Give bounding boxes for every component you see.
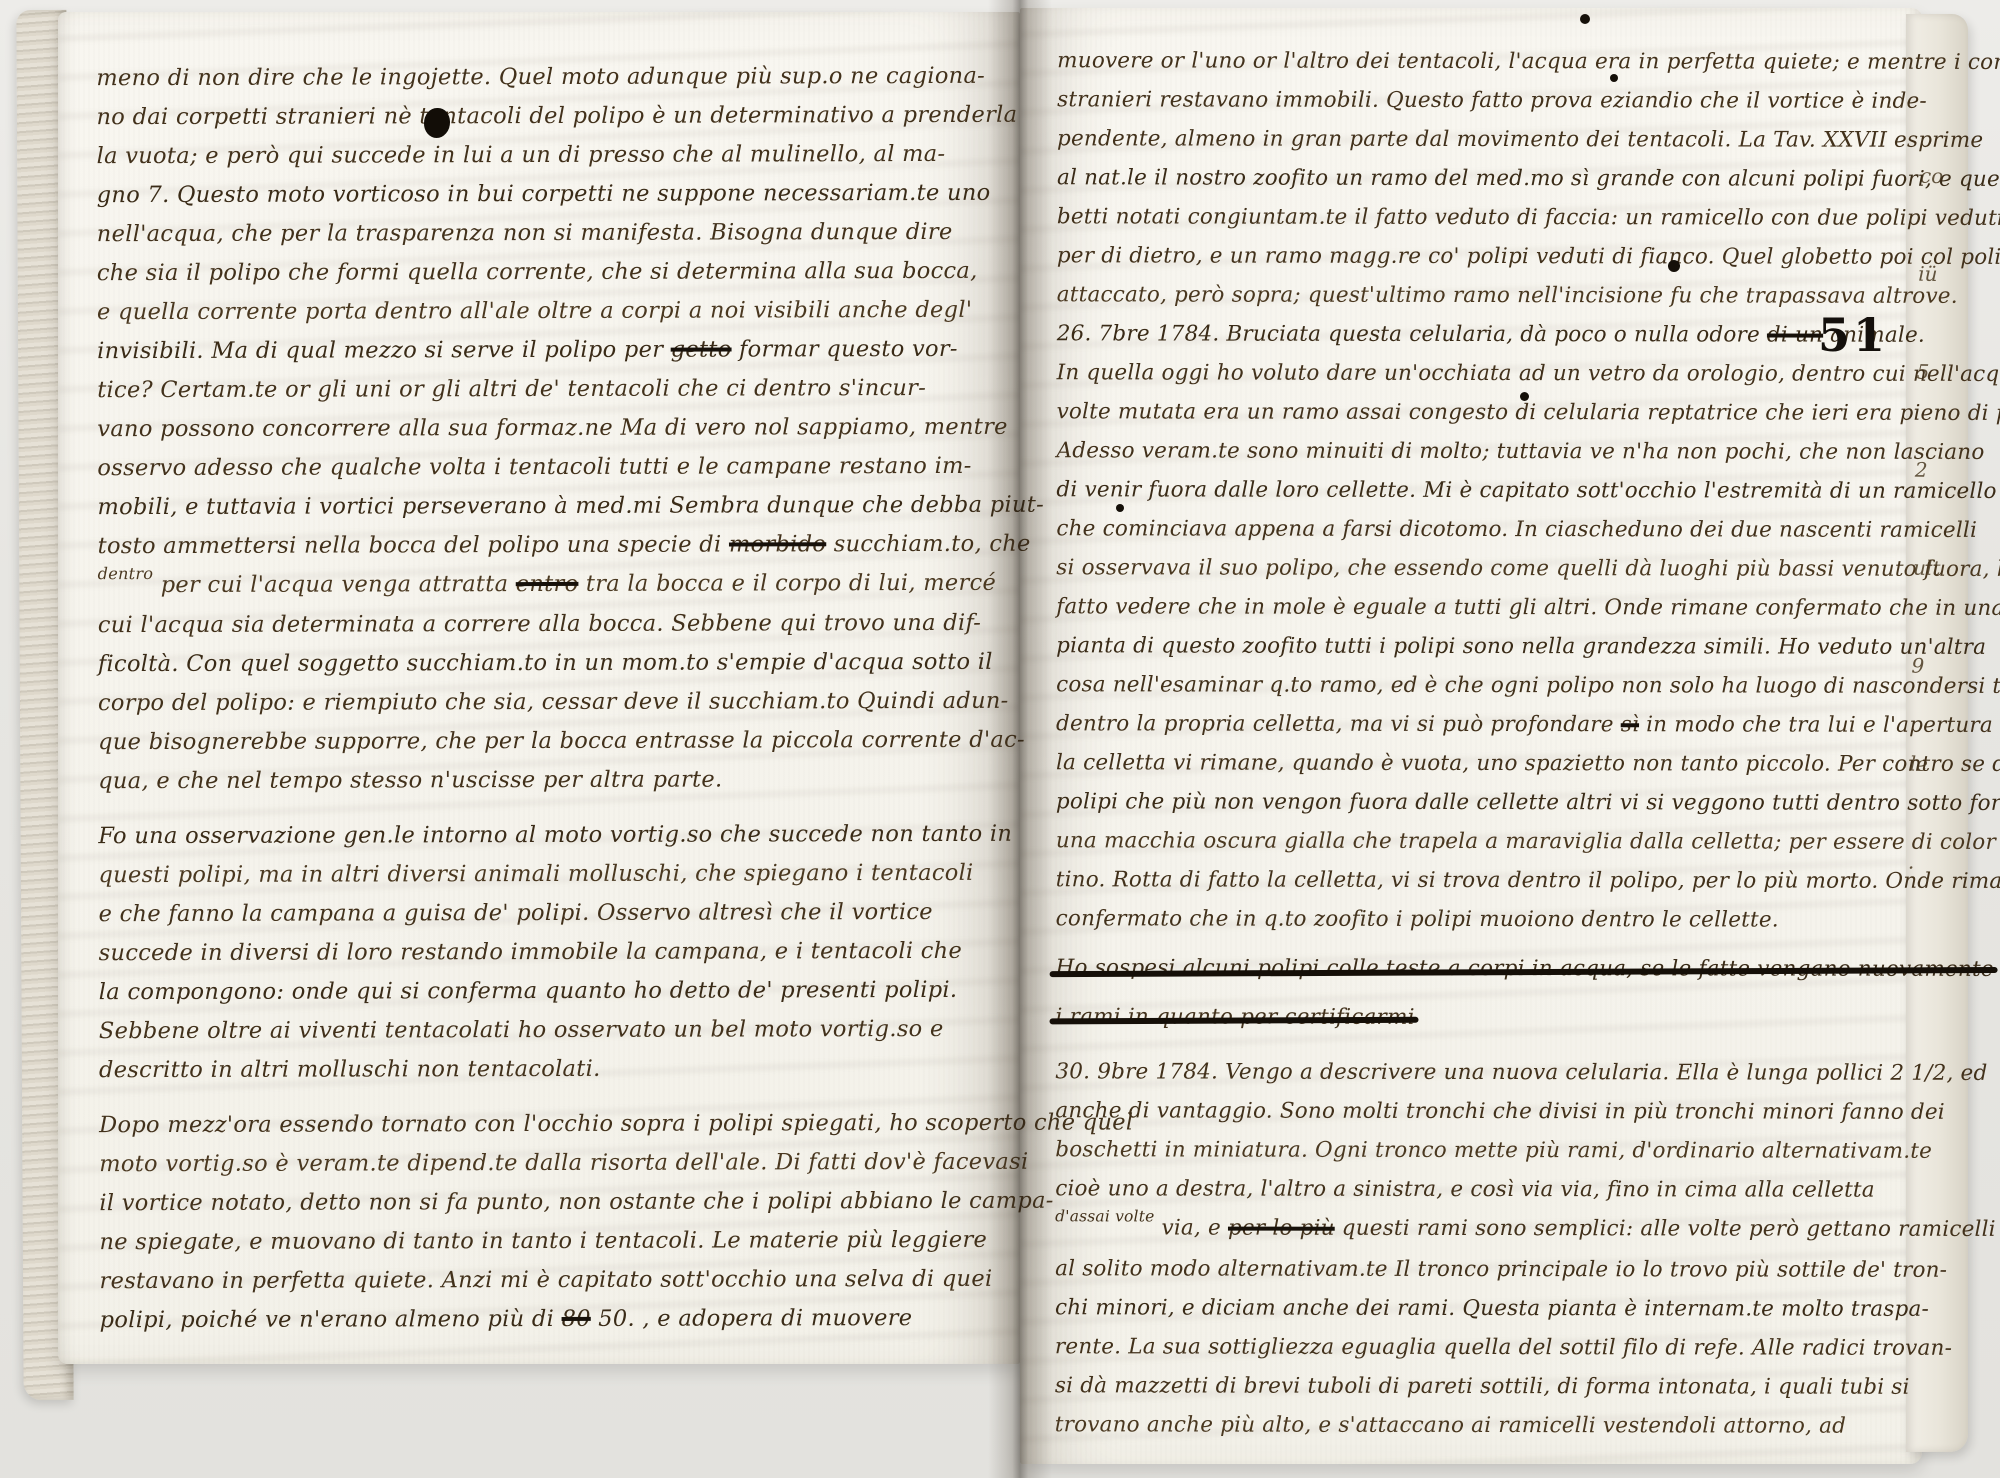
manuscript-line: cui l'acqua sia determinata a correre al… [98,604,986,645]
ink-dot [1580,14,1590,24]
manuscript-line: chi minori, e diciam anche dei rami. Que… [1055,1288,1895,1328]
manuscript-line: restavano in perfetta quiete. Anzi mi è … [99,1260,987,1301]
line-text: tra la bocca e il corpo di lui, mercé [578,570,996,597]
manuscript-line: rente. La sua sottigliezza eguaglia quel… [1055,1327,1895,1367]
manuscript-line: che cominciava appena a farsi dicotomo. … [1056,509,1896,549]
manuscript-line: dentro la propria celletta, ma vi si può… [1056,704,1896,744]
line-text: polipi che più non vengon fuora dalle ce… [1056,789,2000,816]
line-text: dentro la propria celletta, ma vi si può… [1056,711,1621,737]
line-text: qua, e che nel tempo stesso n'uscisse pe… [98,767,722,795]
line-text: Dopo mezz'ora essendo tornato con l'occh… [99,1109,1133,1138]
manuscript-line: meno di non dire che le ingojette. Quel … [96,57,984,98]
manuscript-photo: meno di non dire che le ingojette. Quel … [0,0,2000,1478]
manuscript-line: attaccato, però sopra; quest'ultimo ramo… [1057,275,1897,315]
ink-dot [1116,504,1124,512]
manuscript-line: pendente, almeno in gran parte dal movim… [1057,119,1897,159]
line-text: mobili, e tuttavia i vortici perseverano… [97,492,1044,520]
manuscript-line: pianta di questo zoofito tutti i polipi … [1056,626,1896,666]
manuscript-line: confermato che in q.to zoofito i polipi … [1056,899,1896,939]
manuscript-line: Sebbene oltre ai viventi tentacolati ho … [99,1010,987,1051]
manuscript-line: Adesso veram.te sono minuiti di molto; t… [1056,431,1896,471]
interlinear-insertion: d'assai volte [1055,1197,1154,1236]
manuscript-line: la celletta vi rimane, quando è vuota, u… [1056,743,1896,783]
ink-dot [1520,392,1529,401]
manuscript-line: mobili, e tuttavia i vortici perseverano… [97,486,985,527]
line-text: la celletta vi rimane, quando è vuota, u… [1056,750,2000,777]
line-text: chi minori, e diciam anche dei rami. Que… [1055,1295,1929,1322]
struck-word: getto [671,337,732,363]
manuscript-line: vano possono concorrere alla sua formaz.… [97,408,985,449]
line-text: di venir fuora dalle loro cellette. Mi è… [1056,477,1996,504]
line-text: per di dietro, e un ramo magg.re co' pol… [1057,243,2000,270]
manuscript-line: e che fanno la campana a guisa de' polip… [99,893,987,934]
line-text: questi rami sono semplici: alle volte pe… [1335,1216,2000,1242]
line-text: e quella corrente porta dentro all'ale o… [97,297,972,325]
manuscript-line: muovere or l'uno or l'altro dei tentacol… [1057,41,1897,81]
struck-word: sì [1621,712,1639,737]
manuscript-line: Ho sospesi alcuni polipi colle teste a c… [1056,948,1994,989]
line-text: Sebbene oltre ai viventi tentacolati ho … [99,1016,944,1044]
manuscript-line: il vortice notato, detto non si fa punto… [99,1182,987,1223]
manuscript-line: anche di vantaggio. Sono molti tronchi c… [1055,1091,1895,1131]
manuscript-line: volte mutata era un ramo assai congesto … [1057,392,1897,432]
line-text: descritto in altri molluschi non tentaco… [99,1056,601,1083]
line-text: la compongono: onde qui si conferma quan… [99,977,958,1005]
right-page-text: muovere or l'uno or l'altro dei tentacol… [1055,41,1897,1445]
line-text: cui l'acqua sia determinata a correre al… [98,610,981,638]
manuscript-line: moto vortig.so è veram.te dipend.te dall… [99,1143,987,1184]
line-text: trovano anche più alto, e s'attaccano ai… [1055,1412,1846,1438]
line-text: per cui l'acqua venga attratta [153,571,516,598]
manuscript-page-right: 51 muovere or l'uno or l'altro dei tenta… [1020,8,1922,1464]
manuscript-line: fatto vedere che in mole è eguale a tutt… [1056,587,1896,627]
manuscript-line: 26. 7bre 1784. Bruciata questa celularia… [1057,314,1897,354]
manuscript-line: qua, e che nel tempo stesso n'uscisse pe… [98,760,986,801]
line-text: muovere or l'uno or l'altro dei tentacol… [1057,48,2000,75]
line-text: il vortice notato, detto non si fa punto… [99,1188,1053,1216]
line-text: restavano in perfetta quiete. Anzi mi è … [99,1266,992,1294]
line-text: ficoltà. Con quel soggetto succhiam.to i… [98,649,993,677]
line-text: formar questo vor- [732,336,958,363]
manuscript-line: dentro per cui l'acqua venga attratta en… [98,564,986,606]
manuscript-line: Dopo mezz'ora essendo tornato con l'occh… [99,1104,987,1145]
line-text: corpo del polipo: e riempiuto che sia, c… [98,688,1009,716]
manuscript-line: al nat.le il nostro zoofito un ramo del … [1057,158,1897,198]
struck-word: di un [1767,323,1823,348]
line-text: una macchia oscura gialla che trapela a … [1056,828,2000,855]
line-text: e che fanno la campana a guisa de' polip… [99,899,933,927]
line-text: 26. 7bre 1784. Bruciata questa celularia… [1057,321,1767,347]
line-text: al nat.le il nostro zoofito un ramo del … [1057,165,2000,192]
manuscript-line: trovano anche più alto, e s'attaccano ai… [1055,1405,1895,1445]
struck-word: 80 [562,1306,591,1332]
line-text: tino. Rotta di fatto la celletta, vi si … [1056,867,2000,894]
manuscript-line: si dà mazzetti di brevi tuboli di pareti… [1055,1366,1895,1406]
manuscript-line: gno 7. Questo moto vorticoso in bui corp… [97,174,985,215]
line-text: pianta di questo zoofito tutti i polipi … [1056,633,1986,660]
manuscript-line: per di dietro, e un ramo magg.re co' pol… [1057,236,1897,276]
manuscript-line: succede in diversi di loro restando immo… [99,932,987,973]
manuscript-line: stranieri restavano immobili. Questo fat… [1057,80,1897,120]
manuscript-line: e quella corrente porta dentro all'ale o… [97,291,985,332]
line-text: si osservava il suo polipo, che essendo … [1056,555,2000,582]
line-text: confermato che in q.to zoofito i polipi … [1056,906,1779,932]
manuscript-line: tino. Rotta di fatto la celletta, vi si … [1056,860,1896,900]
manuscript-line: polipi, poiché ve n'erano almeno più di … [100,1299,988,1340]
line-text: rente. La sua sottigliezza eguaglia quel… [1055,1334,1952,1361]
line-text: que bisognerebbe supporre, che per la bo… [98,727,1025,755]
line-text: cosa nell'esaminar q.to ramo, ed è che o… [1056,672,2000,699]
line-text: polipi, poiché ve n'erano almeno più di [100,1306,562,1333]
manuscript-line: osservo adesso che qualche volta i tenta… [97,447,985,488]
manuscript-line: no dai corpetti stranieri nè tentacoli d… [96,96,984,137]
line-text: volte mutata era un ramo assai congesto … [1057,399,2000,426]
page-number: 51 [1818,308,1888,362]
manuscript-line: que bisognerebbe supporre, che per la bo… [98,721,986,762]
interlinear-insertion: dentro [98,554,154,593]
manuscript-line: tosto ammettersi nella bocca del polipo … [98,525,986,566]
line-text: betti notati congiuntam.te il fatto vedu… [1057,204,2000,231]
manuscript-line: corpo del polipo: e riempiuto che sia, c… [98,682,986,723]
line-text: tice? Certam.te or gli uni or gli altri … [97,375,926,403]
struck-word: per lo più [1228,1216,1335,1241]
line-text: che sia il polipo che formi quella corre… [97,258,978,286]
line-text: meno di non dire che le ingojette. Quel … [96,63,985,91]
open-book: meno di non dire che le ingojette. Quel … [20,0,1972,1478]
manuscript-line: d'assai volte via, e per lo più questi r… [1055,1208,1895,1250]
manuscript-line: In quella oggi ho voluto dare un'occhiat… [1057,353,1897,393]
line-text: nell'acqua, che per la trasparenza non s… [97,219,953,247]
manuscript-line: polipi che più non vengon fuora dalle ce… [1056,782,1896,822]
manuscript-line: che sia il polipo che formi quella corre… [97,252,985,293]
manuscript-line: la vuota; e però qui succede in lui a un… [97,135,985,176]
manuscript-line: questi polipi, ma in altri diversi anima… [98,854,986,895]
ink-dot [1610,74,1618,82]
manuscript-line: al solito modo alternativam.te Il tronco… [1055,1249,1895,1289]
manuscript-line: tice? Certam.te or gli uni or gli altri … [97,369,985,410]
ink-dot [1668,260,1680,272]
line-text: no dai corpetti stranieri nè tentacoli d… [96,102,1017,130]
manuscript-line: nell'acqua, che per la trasparenza non s… [97,213,985,254]
line-text: In quella oggi ho voluto dare un'occhiat… [1057,360,2000,387]
manuscript-line: ficoltà. Con quel soggetto succhiam.to i… [98,643,986,684]
struck-word: morbido [729,531,826,557]
line-text: 50. , e adopera di muovere [591,1305,913,1332]
manuscript-line: invisibili. Ma di qual mezzo si serve il… [97,330,985,371]
line-text: via, e [1154,1215,1228,1240]
manuscript-line: Fo una osservazione gen.le intorno al mo… [98,815,986,856]
line-text: fatto vedere che in mole è eguale a tutt… [1056,594,2000,621]
line-text: tosto ammettersi nella bocca del polipo … [98,532,729,560]
line-text: che cominciava appena a farsi dicotomo. … [1056,516,1977,543]
line-text: si dà mazzetti di brevi tuboli di pareti… [1055,1373,1910,1399]
line-text: succhiam.to, che [826,531,1030,558]
manuscript-line: di venir fuora dalle loro cellette. Mi è… [1056,470,1896,510]
line-text: in modo che tra lui e l'apertura del- [1639,712,2000,738]
manuscript-line: una macchia oscura gialla che trapela a … [1056,821,1896,861]
line-text: questi polipi, ma in altri diversi anima… [98,860,973,888]
left-page-text: meno di non dire che le ingojette. Quel … [96,57,987,1340]
line-text: succede in diversi di loro restando immo… [99,938,962,966]
line-text: 30. 9bre 1784. Vengo a descrivere una nu… [1055,1059,1987,1086]
manuscript-line: i rami in quanto per certificarmi [1055,997,1414,1037]
manuscript-line: descritto in altri molluschi non tentaco… [99,1049,987,1090]
line-text: attaccato, però sopra; quest'ultimo ramo… [1057,282,1958,309]
line-text: al solito modo alternativam.te Il tronco… [1055,1256,1947,1283]
line-text: vano possono concorrere alla sua formaz.… [97,414,1008,442]
line-text: anche di vantaggio. Sono molti tronchi c… [1055,1098,1945,1125]
manuscript-line: 30. 9bre 1784. Vengo a descrivere una nu… [1055,1052,1895,1092]
manuscript-line: cioè uno a destra, l'altro a sinistra, e… [1055,1169,1895,1209]
manuscript-line: ne spiegate, e muovano di tanto in tanto… [99,1221,987,1262]
line-text: pendente, almeno in gran parte dal movim… [1057,126,1983,153]
struck-word: entro [516,571,579,597]
line-text: la vuota; e però qui succede in lui a un… [97,141,946,169]
line-text: osservo adesso che qualche volta i tenta… [97,453,971,481]
manuscript-line: cosa nell'esaminar q.to ramo, ed è che o… [1056,665,1896,705]
line-text: boschetti in miniatura. Ogni tronco mett… [1055,1137,1932,1164]
manuscript-line: boschetti in miniatura. Ogni tronco mett… [1055,1130,1895,1170]
line-text: i rami in quanto per certificarmi [1056,1004,1415,1030]
line-text: cioè uno a destra, l'altro a sinistra, e… [1055,1176,1875,1202]
manuscript-page-left: meno di non dire che le ingojette. Quel … [58,12,1020,1364]
line-text: Adesso veram.te sono minuiti di molto; t… [1056,438,1984,465]
line-text: moto vortig.so è veram.te dipend.te dall… [99,1149,1028,1177]
manuscript-line: la compongono: onde qui si conferma quan… [99,971,987,1012]
line-text: stranieri restavano immobili. Questo fat… [1057,87,1927,114]
line-text: Ho sospesi alcuni polipi colle teste a c… [1056,955,1994,982]
line-text: gno 7. Questo moto vorticoso in bui corp… [97,180,991,208]
manuscript-line: betti notati congiuntam.te il fatto vedu… [1057,197,1897,237]
line-text: ne spiegate, e muovano di tanto in tanto… [99,1227,987,1255]
line-text: invisibili. Ma di qual mezzo si serve il… [97,337,671,365]
manuscript-line: si osservava il suo polipo, che essendo … [1056,548,1896,588]
line-text: Fo una osservazione gen.le intorno al mo… [98,821,1012,849]
